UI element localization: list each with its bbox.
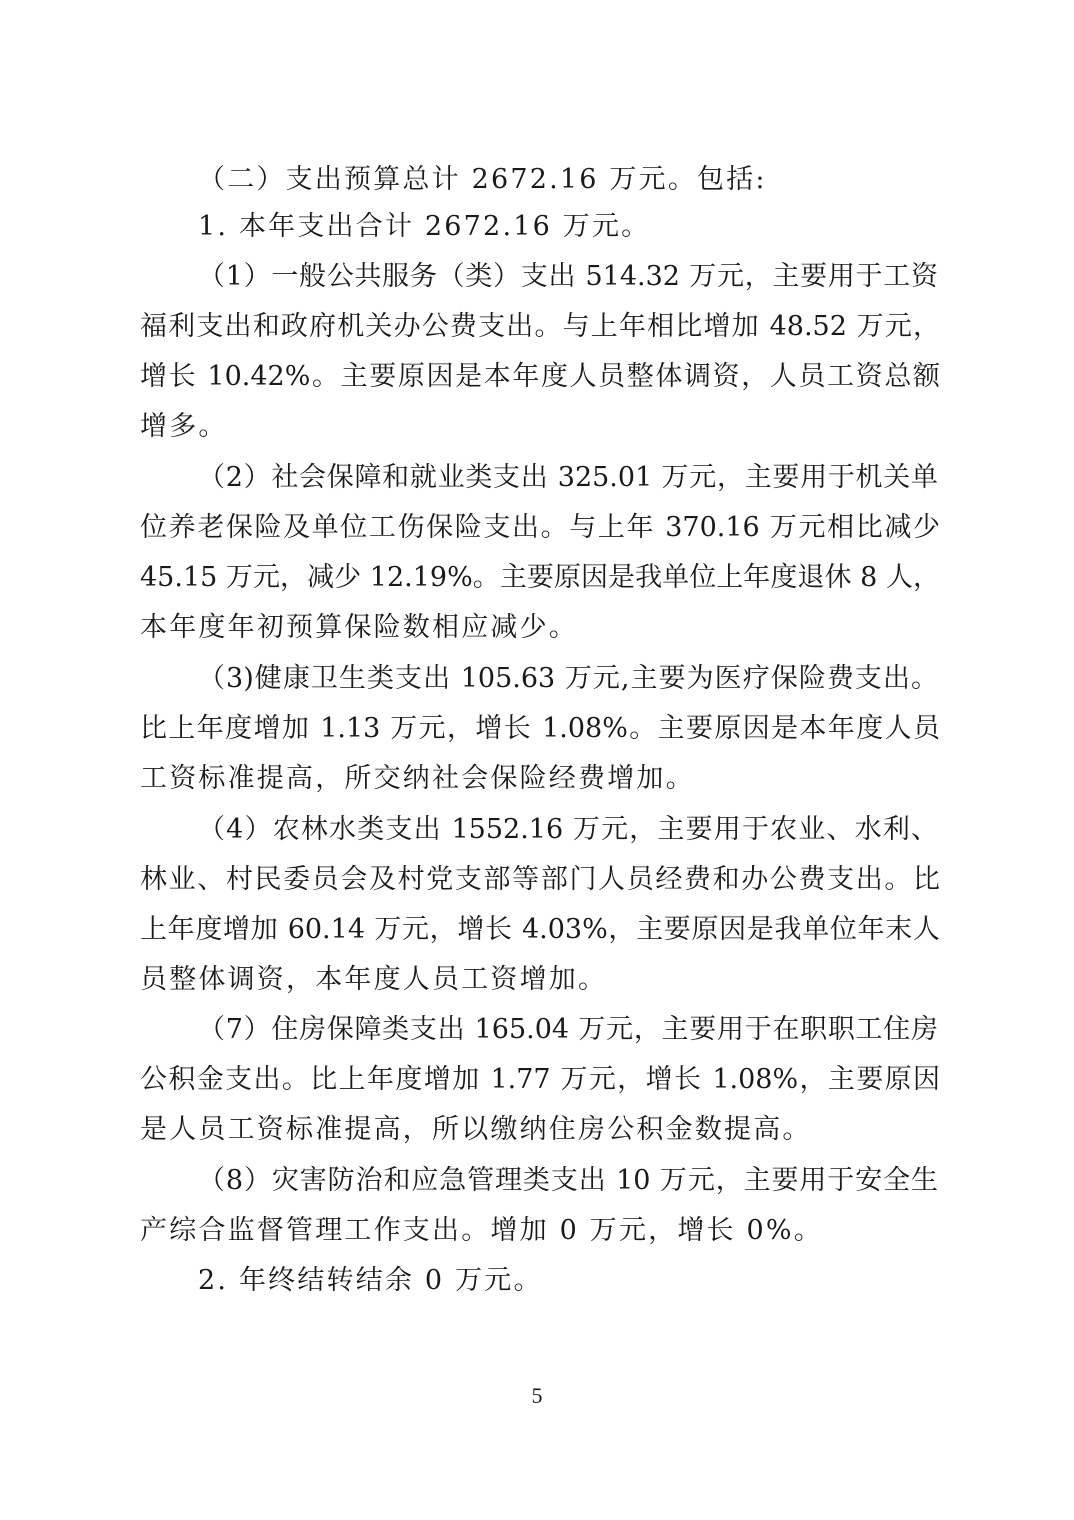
paragraph-1-general-public-services-line-3: 增长 10.42%。主要原因是本年度人员整体调资，人员工资总额 <box>140 362 940 392</box>
heading-expenditure-budget-total: （二）支出预算总计 2672.16 万元。包括: <box>198 165 940 195</box>
paragraph-1-general-public-services-line-2: 福利支出和政府机关办公费支出。与上年相比增加 48.52 万元， <box>140 312 940 342</box>
paragraph-7-housing-line-2: 公积金支出。比上年度增加 1.77 万元，增长 1.08%，主要原因 <box>140 1065 940 1095</box>
item-2-year-end-carryover: 2. 年终结转结余 0 万元。 <box>198 1266 940 1296</box>
item-1-annual-expenditure-total: 1. 本年支出合计 2672.16 万元。 <box>198 212 940 242</box>
paragraph-3-health-line-1: （3)健康卫生类支出 105.63 万元,主要为医疗保险费支出。 <box>198 664 938 694</box>
paragraph-4-agriculture-line-3: 上年度增加 60.14 万元，增长 4.03%，主要原因是我单位年末人 <box>140 915 940 945</box>
paragraph-1-general-public-services-line-1: （1）一般公共服务（类）支出 514.32 万元，主要用于工资 <box>198 262 938 292</box>
paragraph-2-social-security-line-3: 45.15 万元，减少 12.19%。主要原因是我单位上年度退休 8 人， <box>140 563 940 593</box>
page-number: 5 <box>0 1383 1074 1409</box>
paragraph-3-health-line-3: 工资标准提高，所交纳社会保险经费增加。 <box>140 764 940 794</box>
paragraph-3-health-line-2: 比上年度增加 1.13 万元，增长 1.08%。主要原因是本年度人员 <box>140 714 940 744</box>
paragraph-1-general-public-services-line-4: 增多。 <box>140 412 940 442</box>
paragraph-7-housing-line-1: （7）住房保障类支出 165.04 万元，主要用于在职职工住房 <box>198 1015 938 1045</box>
paragraph-2-social-security-line-4: 本年度年初预算保险数相应减少。 <box>140 613 940 643</box>
paragraph-2-social-security-line-2: 位养老保险及单位工伤保险支出。与上年 370.16 万元相比减少 <box>140 513 940 543</box>
paragraph-2-social-security-line-1: （2）社会保障和就业类支出 325.01 万元，主要用于机关单 <box>198 463 938 493</box>
paragraph-8-disaster-prevention-line-1: （8）灾害防治和应急管理类支出 10 万元，主要用于安全生 <box>198 1166 938 1196</box>
paragraph-8-disaster-prevention-line-2: 产综合监督管理工作支出。增加 0 万元，增长 0%。 <box>140 1216 940 1246</box>
paragraph-7-housing-line-3: 是人员工资标准提高，所以缴纳住房公积金数提高。 <box>140 1115 940 1145</box>
paragraph-4-agriculture-line-1: （4）农林水类支出 1552.16 万元，主要用于农业、水利、 <box>198 815 938 845</box>
document-page: （二）支出预算总计 2672.16 万元。包括: 1. 本年支出合计 2672.… <box>0 0 1074 1520</box>
paragraph-4-agriculture-line-4: 员整体调资，本年度人员工资增加。 <box>140 965 940 995</box>
paragraph-4-agriculture-line-2: 林业、村民委员会及村党支部等部门人员经费和办公费支出。比 <box>140 865 940 895</box>
